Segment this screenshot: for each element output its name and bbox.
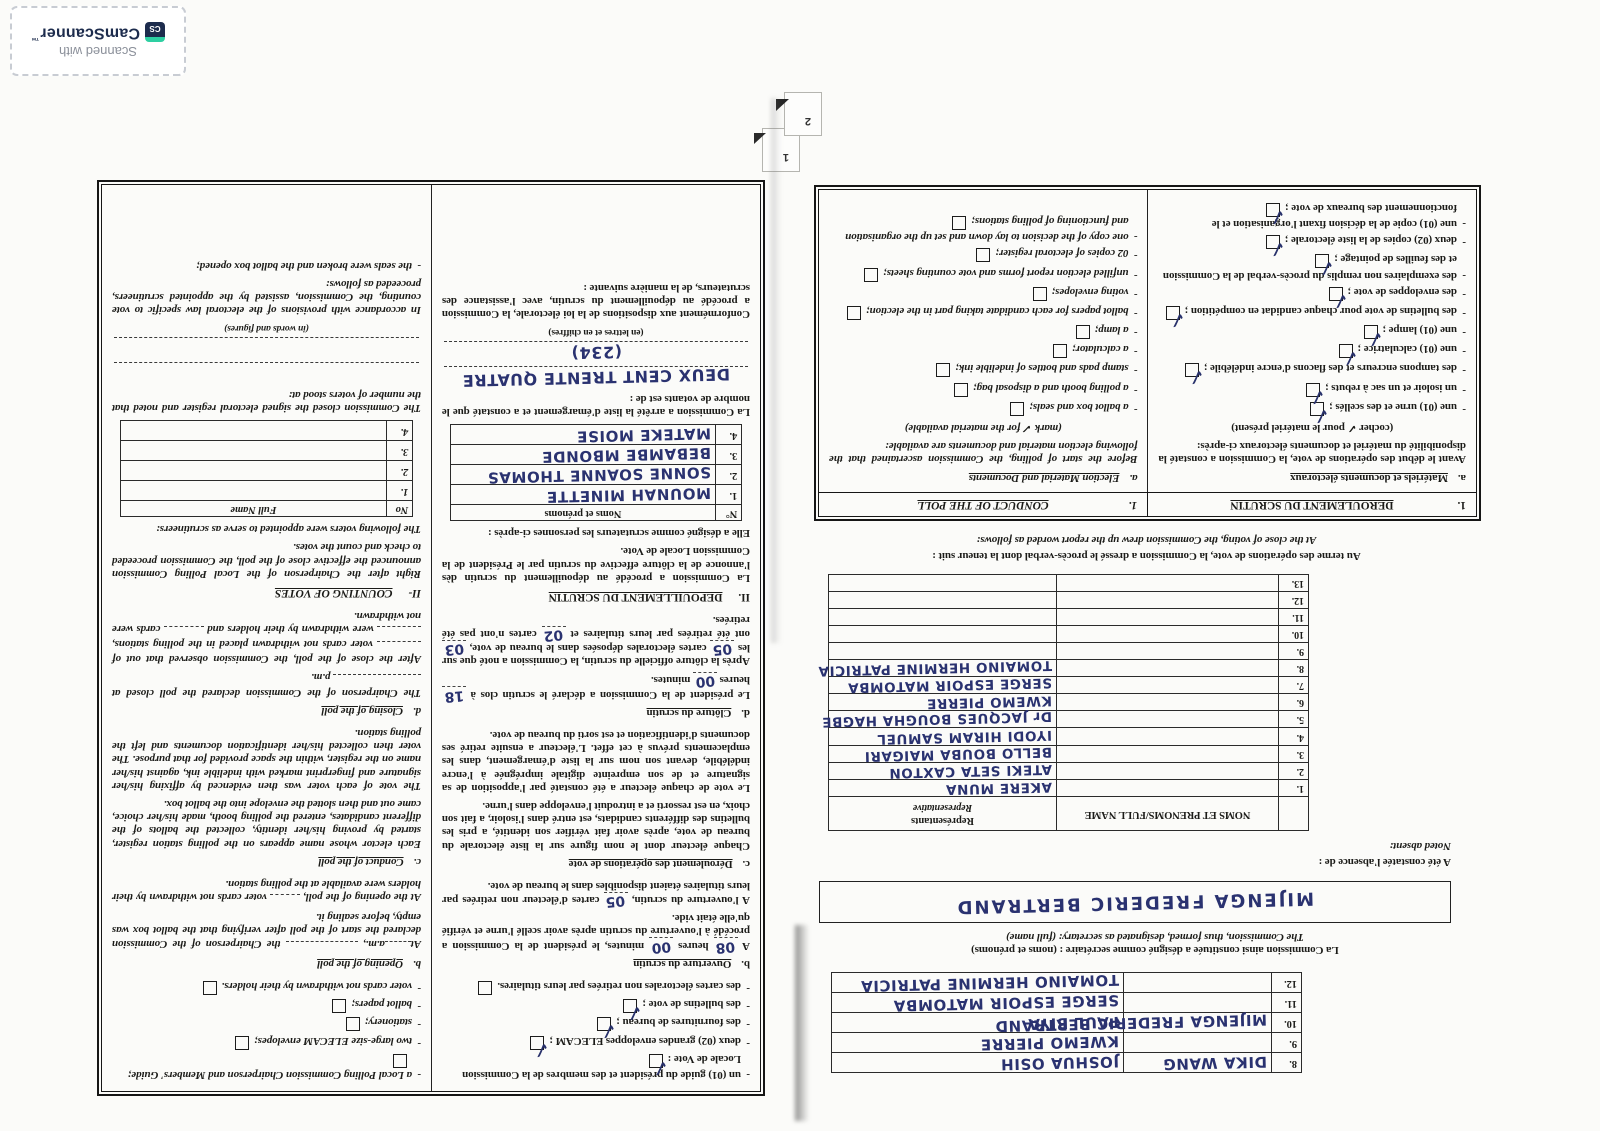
handwritten-count: 05 [712, 648, 733, 650]
handwritten-number-figures: (234) [570, 342, 621, 362]
checkbox-icon [1329, 287, 1343, 301]
table-row: 6.KWEMO PIERRE [829, 694, 1309, 711]
column-header: Full Name [120, 501, 387, 517]
blank-line [377, 626, 421, 637]
checkbox-icon [1266, 235, 1280, 249]
checkbox-icon [936, 363, 950, 377]
paragraph-closing-cards: Après la clôture officielle du scrutin, … [442, 613, 750, 668]
blank-line [164, 626, 204, 637]
table-row: 1.AKERE MUNA [829, 780, 1309, 797]
camscanner-badge: Scanned with CS CamScanner™ [10, 6, 186, 76]
checklist-item-seals: the seals were broken and the ballot box… [112, 259, 421, 272]
handwritten-secretary-name: MIJENGA FREDERIC BERTRAND [955, 877, 1314, 926]
checklist-item: a calculator; [829, 342, 1138, 358]
checklist-item: stationery; [112, 1015, 421, 1031]
checkbox-icon [952, 216, 966, 230]
table-row: 9. [829, 642, 1309, 659]
table-row: 10.MIJENGA FREDERIC BERTRANDPAUL BIYA [832, 1013, 1302, 1033]
blank-line [286, 941, 358, 952]
checklist-item: unfilled election report forms and vote … [829, 265, 1138, 281]
checklist-item: a Local Polling Commission Chairperson a… [112, 1052, 421, 1081]
scrutineers-table-en: NoFull Name 1. 2. 3. 4. [120, 420, 414, 517]
heading-opening: b.Opening of the poll [112, 957, 421, 970]
materials-english-column: a.Election Material and Documents Before… [819, 190, 1148, 492]
handwritten-count: 05 [605, 900, 626, 902]
representatives-table-continuation: 8.DIKA WANGJOSHUA OSIH 9.KWEMO PIERRE 10… [831, 972, 1302, 1073]
handwritten-hour: 18 [443, 695, 464, 697]
absent-label-en: Noted absent: [778, 839, 1451, 852]
paragraph-counting-2: Elle a désigné comme scrutateurs les per… [442, 526, 750, 539]
mark-instruction: (cocher ✓ pour le matériel présent) [1159, 421, 1467, 434]
page-corner-tab-2: 2 [784, 92, 822, 136]
handwritten-name: SONNE SOANNE THOMAS [487, 463, 711, 486]
table-row: 3. [120, 441, 413, 461]
checkbox-icon [1033, 287, 1047, 301]
checkbox-icon [864, 268, 878, 282]
page1-form-box: un (01) guide du président et des membre… [97, 180, 765, 1096]
checklist-item: un (01) guide du président et des membre… [442, 1052, 750, 1081]
scrutineers-table-fr: N°Noms et prénoms 1.MOUNAH MINETTE 2.SON… [450, 424, 743, 521]
table-row: 9.KWEMO PIERRE [832, 1033, 1302, 1053]
column-header-representative: ReprésentantsRepresentative [829, 797, 1057, 831]
blank-line [333, 675, 421, 686]
checkbox-icon [235, 1036, 249, 1050]
handwritten-name: ATEKI SETA CAXTON [889, 761, 1053, 781]
paragraph-opening: Ata.m., the Chairperson of the Commissio… [112, 910, 421, 952]
checklist-item: deux (02) grandes enveloppes ELECAM ; [442, 1033, 750, 1049]
table-row: 2. [120, 461, 413, 481]
scanned-page-1: 1 un (01) guide du président et des memb… [85, 122, 800, 1100]
heading-materiels: a.Matériels et documents électoraux [1159, 470, 1467, 483]
paragraph-opening-cards: At the opening of the poll, voter cards … [112, 877, 421, 905]
checklist-item: des exemplaires non remplis du procès-ve… [1159, 252, 1467, 281]
heading-election-material: a.Election Material and Documents [829, 470, 1138, 483]
trademark-symbol: ™ [31, 33, 39, 42]
paragraph-voter-count: La Commission a arrêté la liste d'émarge… [442, 392, 750, 418]
representatives-table: NOMS ET PRENOMS/FULL NAME ReprésentantsR… [828, 574, 1309, 832]
paragraph-opening-cards: A l'ouverture du scrutin, 05 cartes d'él… [442, 879, 750, 906]
table-row: 1. [120, 481, 413, 501]
checklist-item: stamp pads and bottles of indelible ink; [829, 361, 1138, 377]
badge-brand: CamScanner™ [31, 23, 140, 41]
checklist-item: des tampons encreurs et des flacons d'en… [1159, 361, 1467, 377]
heading-ouverture: b.Ouverture du scrutin [442, 957, 750, 970]
table-row: 13. [829, 574, 1309, 591]
paragraph-materials: Before the start of polling, the Commiss… [829, 439, 1138, 465]
section-title-fr: 1.DEROULEMENT DU SCRUTIN [1147, 493, 1476, 517]
checkbox-icon [1339, 344, 1353, 358]
scanned-page-2: 2 8.DIKA WANGJOSHUA OSIH 9.KWEMO PIERRE … [778, 88, 1515, 1118]
heading-depouillement: II.DEPOUILLEMENT DU SCRUTIN [442, 589, 750, 603]
paragraph-counting-1: Right after the Chairperson of the Local… [112, 540, 421, 580]
checkbox-icon [1364, 325, 1378, 339]
handwritten-hour: 08 [715, 946, 736, 948]
report-intro-fr: Au terme des opérations de vote, la Comm… [778, 549, 1515, 562]
report-intro: Au terme des opérations de vote, la Comm… [778, 532, 1515, 561]
table-row: 1.MOUNAH MINETTE [450, 485, 742, 505]
paragraph-in-accordance: In accordance with provisions of the ele… [112, 277, 421, 317]
checklist-item: des cartes électorales non retirées par … [442, 979, 750, 995]
paragraph-closing: The Chairperson of the Commission declar… [112, 670, 421, 698]
paragraph-materials: Avant le début des opérations de vote, l… [1159, 439, 1467, 465]
column-header: N° [716, 505, 742, 521]
paragraph-vote-process-2: Le vote de chaque électeur a été constat… [442, 728, 750, 794]
table-header-row: NOMS ET PRENOMS/FULL NAME ReprésentantsR… [829, 797, 1309, 831]
table-row: 7.SERGE ESPOIR MATOMBA [829, 676, 1309, 693]
filled-blank: 08 [714, 938, 738, 952]
checkbox-icon [1315, 254, 1329, 268]
checkbox-icon [478, 981, 492, 995]
section-title-band: 1.DEROULEMENT DU SCRUTIN 1.CONDUCT OF TH… [819, 492, 1476, 517]
checklist-item: une (01) copie de la décision fixant l'o… [1159, 201, 1467, 230]
checkbox-icon [1185, 363, 1199, 377]
heading-counting-of-votes: II-COUNTING OF VOTES [112, 585, 421, 599]
table-row: 5.Dr JACQUES BOUGHA HAGBE [829, 711, 1309, 728]
checkbox-icon [623, 999, 637, 1013]
secretary-label-fr: La Commission ainsi constituée a désigné… [875, 943, 1435, 956]
blank-line [385, 941, 411, 952]
checkbox-icon [530, 1036, 544, 1050]
table-row: 3.BELLO BOUBA MAIGARI [829, 745, 1309, 762]
checklist-item: 02 copies of electoral register; [829, 246, 1138, 262]
handwritten-name: BEBAMBE MBONDE [542, 444, 712, 466]
checkbox-icon [393, 1054, 407, 1068]
column-header: Noms et prénoms [450, 505, 716, 521]
checkbox-icon [976, 248, 990, 262]
handwritten-name: JOSHUA OSIH [1000, 1052, 1119, 1073]
secretary-name-box: MIJENGA FREDERIC BERTRAND [819, 881, 1451, 923]
checkbox-icon [847, 306, 861, 320]
table-row: 11. [829, 608, 1309, 625]
checkbox-icon [1076, 325, 1090, 339]
mark-instruction: (mark ✓ for the material available) [829, 421, 1138, 434]
handwritten-count: 02 [543, 634, 564, 636]
table-row: 12. [829, 591, 1309, 608]
paragraph-closing-cards: After the close of the poll, the Commiss… [112, 609, 421, 666]
checkbox-icon [1053, 344, 1067, 358]
handwritten-name: PAUL BIYA [1028, 1012, 1120, 1032]
paragraph-voter-count: The Commission closed the signed elector… [112, 388, 421, 414]
handwritten-name: SERGE ESPOIR MATOMBA [893, 991, 1119, 1015]
checkbox-icon [203, 981, 217, 995]
page1-french-column: un (01) guide du président et des membre… [431, 185, 760, 1091]
checklist-item: des fournitures de bureau ; [442, 1015, 750, 1031]
paragraph-conformement: Conformément aux dispositions de la loi … [442, 281, 750, 321]
checkbox-icon [1166, 306, 1180, 320]
page1-english-column: a Local Polling Commission Chairperson a… [102, 185, 431, 1091]
checkbox-icon [1266, 203, 1280, 217]
handwritten-name: MATEKE MOISE [577, 424, 712, 445]
checklist-item: a lamp; [829, 323, 1138, 339]
checkbox-icon [1306, 383, 1320, 397]
checkbox-icon [954, 383, 968, 397]
table-row: 12.TOMAINO HERMINE PATRICIA [832, 973, 1302, 993]
table-row: 8.TOMAINO HERMINE PATRICIA [829, 659, 1309, 676]
checklist-item: one copy of the decision to lay down and… [829, 214, 1138, 243]
section-title-en: 1.CONDUCT OF THE POLL [819, 493, 1147, 517]
checkbox-icon [649, 1054, 663, 1068]
checkbox-icon [597, 1017, 611, 1031]
table-row: 2.ATEKI SETA CAXTON [829, 762, 1309, 779]
heading-deroulement: c.Déroulement des opérations de vote [442, 857, 750, 870]
paragraph-vote-process-1: Chaque électeur dont le nom figure sur l… [442, 799, 750, 852]
checklist-item: a polling booth and a disposal bag; [829, 380, 1138, 396]
table-row: 4.MATEKE MOISE [450, 425, 742, 445]
table-row: 3.BEBAMBE MBONDE [450, 445, 742, 465]
paragraph-closing: Le président de la Commission a déclaré … [442, 672, 750, 700]
paragraph-opening: A 08 heures 00 minutes, le président de … [442, 911, 750, 952]
handwritten-name: MOUNAH MINETTE [547, 484, 712, 506]
noted-absent: A été constatée l'absence de : Noted abs… [778, 839, 1451, 867]
absent-label-fr: A été constatée l'absence de : [778, 854, 1451, 867]
table-row: 2.SONNE SOANNE THOMAS [450, 465, 742, 485]
column-header: No [387, 501, 413, 517]
checklist-item: une (01) calculatrice ; [1159, 342, 1467, 358]
heading-closing: d.Closing of the poll [112, 704, 421, 717]
caption-words-figures: (en lettres et en chiffres) [442, 325, 750, 336]
heading-conduct: c.Conduct of the poll [112, 855, 421, 868]
checkbox-icon [1010, 402, 1024, 416]
heading-cloture: d.Clôture du scrutin [442, 706, 750, 719]
checklist-item: deux (02) copies de la liste électorale … [1159, 233, 1467, 249]
checklist-item: a ballot box and seals; [829, 400, 1138, 416]
blank-line [377, 641, 421, 652]
conduct-of-poll-box: 1.DEROULEMENT DU SCRUTIN 1.CONDUCT OF TH… [814, 185, 1481, 522]
paragraph-counting-1: La Commission a procédé au dépouillement… [442, 544, 750, 584]
blank-line-figures [114, 337, 419, 358]
secretary-label-en: The Commission, thus formed, designated … [875, 930, 1435, 943]
column-header-fullname: NOMS ET PRENOMS/FULL NAME [1057, 797, 1279, 831]
checklist-item: ballot papers for each candidate taking … [829, 304, 1138, 320]
paragraph-vote-process-1: Each elector whose name appears on the p… [112, 797, 421, 850]
checklist-item: two large-size ELECAM envelopes; [112, 1033, 421, 1049]
checklist-item: une (01) lampe ; [1159, 323, 1467, 339]
badge-scanned-with: Scanned with [59, 45, 137, 60]
blank-line-words [114, 362, 419, 383]
checkbox-icon [346, 1017, 360, 1031]
handwritten-name: AKERE MUNA [945, 779, 1052, 798]
handwritten-name: TOMAINO HERMINE PATRICIA [860, 970, 1119, 994]
filled-line-figures: (234) [444, 341, 748, 362]
materials-french-column: a.Matériels et documents électoraux Avan… [1148, 190, 1477, 492]
secretary-designation: La Commission ainsi constituée a désigné… [875, 930, 1435, 956]
handwritten-number-words: DEUX CENT TRENTE QUATRE [462, 364, 730, 390]
filled-line-words: DEUX CENT TRENTE QUATRE [444, 366, 748, 387]
handwritten-minute: 00 [694, 681, 715, 683]
table-row: 4. [120, 421, 413, 441]
paragraph-vote-process-2: The vote of each voter was then evidence… [112, 726, 421, 792]
report-intro-en: At the close of voting, the Commission d… [778, 532, 1515, 545]
checklist-item: ballot papers; [112, 997, 421, 1013]
table-row: 10. [829, 625, 1309, 642]
caption-words-figures: (in words and figures) [112, 321, 421, 332]
table-row: 11.SERGE ESPOIR MATOMBA [832, 993, 1302, 1013]
blank-line [270, 894, 300, 905]
checkbox-icon [332, 999, 346, 1013]
camscanner-icon: CS [145, 23, 165, 43]
handwritten-count: 03 [443, 648, 464, 650]
paragraph-counting-2: The following voters were appointed to s… [112, 522, 421, 535]
checklist-item: voter cards not withdrawn by their holde… [112, 979, 421, 995]
checklist-item: des bulletins de vote pour chaque candid… [1159, 304, 1467, 320]
table-row: 4.IYODI HIRAM SAMUEL [829, 728, 1309, 745]
checklist-item: des enveloppes de vote ; [1159, 285, 1467, 301]
handwritten-minute: 00 [651, 946, 672, 948]
checklist-item: des bulletins de vote ; [442, 997, 750, 1013]
column-header-number [1279, 797, 1309, 831]
checklist-item: voting envelopes; [829, 285, 1138, 301]
table-row: 8.DIKA WANGJOSHUA OSIH [832, 1053, 1302, 1073]
handwritten-name: DIKA WANG [1163, 1052, 1268, 1073]
